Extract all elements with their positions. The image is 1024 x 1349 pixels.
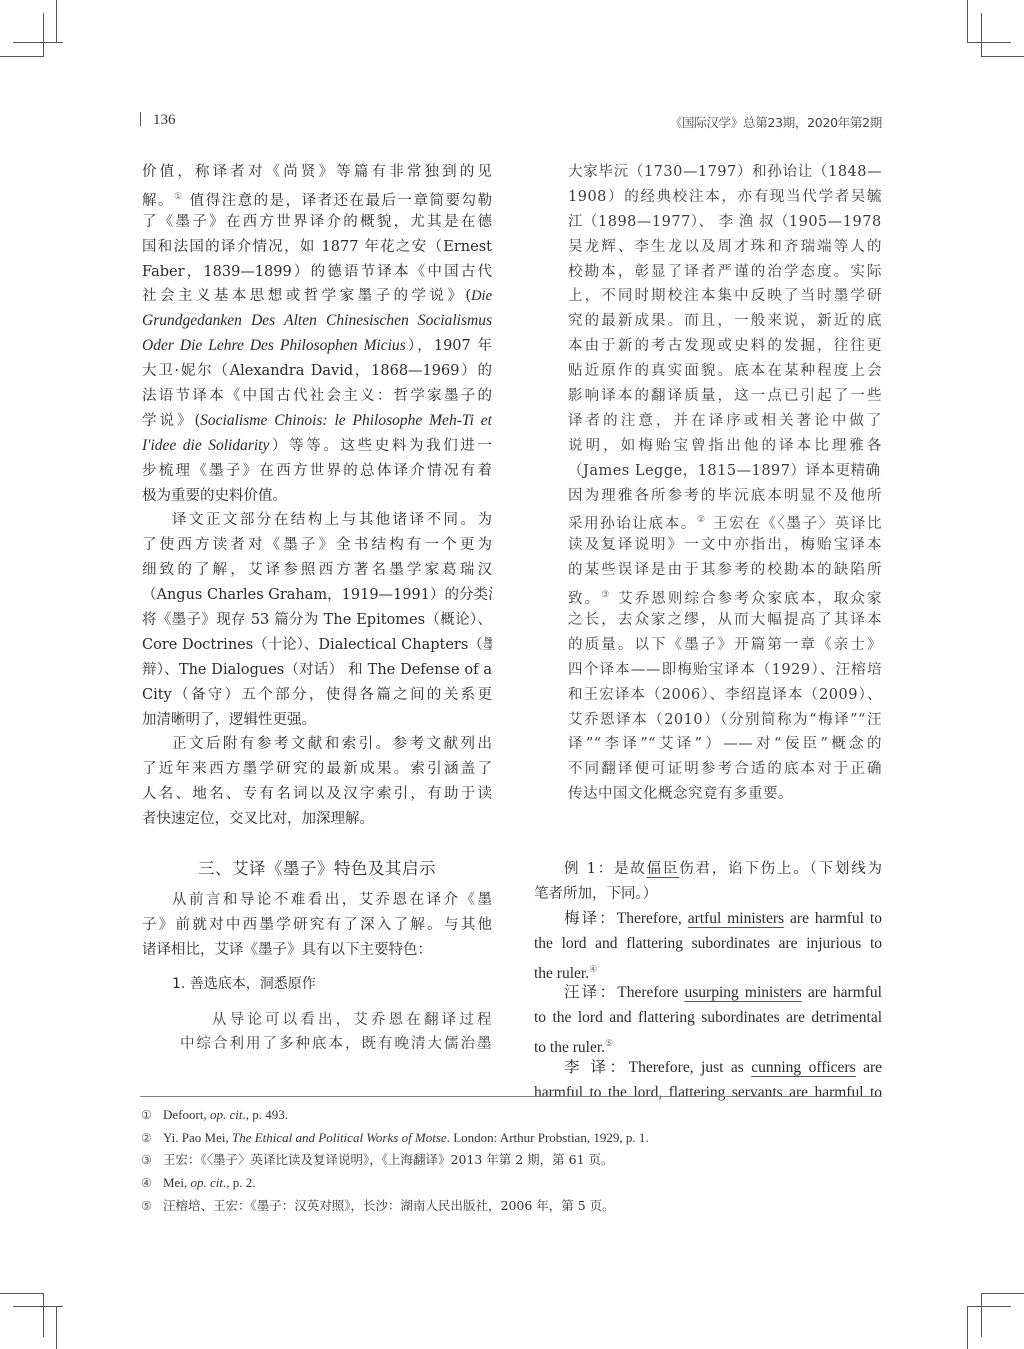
underlined-term: usurping ministers <box>685 984 802 1001</box>
translation-mei: 梅译：Therefore, artful ministers are harmf… <box>534 907 882 932</box>
translation-line: to the ruler.⑤ <box>534 1031 882 1056</box>
block-quote-line: 究的最新成果。而且，一般来说，新近的底 <box>568 309 882 334</box>
block-quote-line: 上，不同时期校注本集中反映了当时墨学研 <box>568 284 882 309</box>
block-quote-line: 和王宏译本（2006）、李绍崑译本（2009）、 <box>568 683 882 708</box>
footnote-5: ⑤汪榕培、王宏：《墨子：汉英对照》，长沙：湖南人民出版社，2006 年，第 5 … <box>141 1195 883 1218</box>
block-quote-line: 本由于新的考古发现或史料的发掘，往往更 <box>568 334 882 359</box>
block-quote-line: 读及复译说明》一文中亦指出，梅贻宝译本 <box>568 533 882 558</box>
footnote-2: ②Yi. Pao Mei, The Ethical and Political … <box>141 1127 883 1150</box>
footnote-divider <box>140 1096 882 1097</box>
footnote-1: ①Defoort, op. cit., p. 493. <box>141 1104 883 1127</box>
text-line: 解。① 值得注意的是，译者还在最后一章简要勾勒 <box>142 185 492 210</box>
text-line: 子》前就对中西墨学研究有了深入了解。与其他 <box>142 913 492 938</box>
block-quote-line: 的某些误译是由于其参考的校勘本的缺陷所 <box>568 558 882 583</box>
footnote-ref-4[interactable]: ④ <box>589 964 597 974</box>
block-quote-line: 从导论可以看出，艾乔恩在翻译过程 <box>142 1008 492 1033</box>
block-quote-line: 中综合利用了多种底本，既有晚清大儒治墨 <box>142 1032 492 1057</box>
text-line: Oder Die Lehre Des Philosophen Micius），1… <box>142 334 492 359</box>
text-line: 加清晰明了，逻辑性更强。 <box>142 708 492 733</box>
block-quote-line: 不同翻译便可证明参考合适的底本对于正确 <box>568 757 882 782</box>
text-line: 细致的了解，艾译参照西方著名墨学家葛瑞汉 <box>142 558 492 583</box>
section-heading: 三、艾译《墨子》特色及其启示 <box>142 855 492 879</box>
block-quote-line: 贴近原作的真实面貌。底本在某种程度上会 <box>568 359 882 384</box>
translation-line: the ruler.④ <box>534 957 882 982</box>
text-line: Grundgedanken Des Alten Chinesischen Soc… <box>142 309 492 334</box>
text-line: 了《墨子》在西方世界译介的概貌，尤其是在德 <box>142 210 492 235</box>
example-block: 例 1：是故偪臣伤君，谄下伤上。（下划线为 笔者所加，下同。） 梅译：There… <box>534 857 882 1106</box>
block-quote-line: 四个译本——即梅贻宝译本（1929）、汪榕培 <box>568 658 882 683</box>
text-line: 大卫·妮尔（Alexandra David，1868—1969）的 <box>142 359 492 384</box>
text-line: 将《墨子》现存 53 篇分为 The Epitomes（概论）、 <box>142 608 492 633</box>
text-line: 社会主义基本思想或哲学家墨子的学说》(Die <box>142 284 492 309</box>
section-intro: 从前言和导论不难看出，艾乔恩在译介《墨 子》前就对中西墨学研究有了深入了解。与其… <box>142 888 492 1057</box>
footnote-3: ③王宏：《〈墨子〉英译比读及复译说明》，《上海翻译》2013 年第 2 期，第 … <box>141 1149 883 1172</box>
text-line: 者快速定位，交叉比对，加深理解。 <box>142 807 492 832</box>
text-line: 了近年来西方墨学研究的最新成果。索引涵盖了 <box>142 757 492 782</box>
text-line: 价值，称译者对《尚贤》等篇有非常独到的见 <box>142 160 492 185</box>
translation-line: the lord and flattering subordinates are… <box>534 932 882 957</box>
block-quote-line: 1908）的经典校注本，亦有现当代学者吴毓 <box>568 185 882 210</box>
footnote-ref-2[interactable]: ② <box>697 515 707 525</box>
text-line: 了使西方读者对《墨子》全书结构有一个更为 <box>142 533 492 558</box>
header-rule <box>140 112 141 126</box>
text-line: （Angus Charles Graham，1919—1991）的分类法， <box>142 583 492 608</box>
text-line: 辩）、The Dialogues（对话） 和 The Defense of a <box>142 658 492 683</box>
right-column-quote: 大家毕沅（1730—1797）和孙诒让（1848— 1908）的经典校注本，亦有… <box>568 160 882 807</box>
example-line: 笔者所加，下同。） <box>534 882 882 907</box>
footnote-ref-5[interactable]: ⑤ <box>605 1038 613 1048</box>
block-quote-line: 译者的注意，并在译序或相关著论中做了 <box>568 409 882 434</box>
footnote-4: ④Mei, op. cit., p. 2. <box>141 1172 883 1195</box>
block-quote-line: 江（1898—1977）、 李 渔 叔（1905—1978）、 <box>568 210 882 235</box>
block-quote-line: 大家毕沅（1730—1797）和孙诒让（1848— <box>568 160 882 185</box>
text-line: 步梳理《墨子》在西方世界的总体译介情况有着 <box>142 459 492 484</box>
text-line: Faber，1839—1899）的德语节译本《中国古代 <box>142 260 492 285</box>
translation-line: to the lord and flattering subordinates … <box>534 1006 882 1031</box>
block-quote-line: 因为理雅各所参考的毕沅底本明显不及他所 <box>568 484 882 509</box>
translation-wang: 汪译：Therefore usurping ministers are harm… <box>534 981 882 1006</box>
translation-li: 李 译：Therefore, just as cunning officers … <box>534 1056 882 1081</box>
text-line: I'idee die Solidarity）等等。这些史料为我们进一 <box>142 434 492 459</box>
block-quote-line: 采用孙诒让底本。② 王宏在《〈墨子〉英译比 <box>568 508 882 533</box>
translation-line: harmful to the lord, flattering servants… <box>534 1081 882 1106</box>
underlined-term: cunning officers <box>751 1059 855 1076</box>
block-quote-line: 说明，如梅贻宝曾指出他的译本比理雅各 <box>568 434 882 459</box>
block-quote-line: 吴龙辉、李生龙以及周才珠和齐瑞端等人的 <box>568 235 882 260</box>
block-quote-line: 校勘本，彰显了译者严谨的治学态度。实际 <box>568 260 882 285</box>
text-line: 诸译相比，艾译《墨子》具有以下主要特色： <box>142 938 492 963</box>
underlined-term: 偪臣 <box>647 861 680 877</box>
underlined-term: artful ministers <box>688 910 784 927</box>
text-line: 人名、地名、专有名词以及汉字索引，有助于读 <box>142 782 492 807</box>
text-line: 学说》(Socialisme Chinois: le Philosophe Me… <box>142 409 492 434</box>
subheading: 1. 善选底本，洞悉原作 <box>142 972 492 997</box>
footnote-ref-3[interactable]: ③ <box>601 590 611 600</box>
page-number: 136 <box>140 112 176 129</box>
text-line: 极为重要的史料价值。 <box>142 484 492 509</box>
block-quote-line: 传达中国文化概念究竟有多重要。 <box>568 782 882 807</box>
text-line: Core Doctrines（十论）、Dialectical Chapters（… <box>142 633 492 658</box>
footnotes: ①Defoort, op. cit., p. 493. ②Yi. Pao Mei… <box>141 1104 883 1218</box>
text-line: City（备守）五个部分，使得各篇之间的关系更 <box>142 683 492 708</box>
block-quote-line: （James Legge，1815—1897）译本更精确， <box>568 459 882 484</box>
text-line: 从前言和导论不难看出，艾乔恩在译介《墨 <box>142 888 492 913</box>
left-column: 价值，称译者对《尚贤》等篇有非常独到的见 解。① 值得注意的是，译者还在最后一章… <box>142 160 492 832</box>
block-quote-line: 致。③ 艾乔恩则综合参考众家底本，取众家 <box>568 583 882 608</box>
block-quote-line: 艾乔恩译本（2010）（分别简称为“梅译”“汪 <box>568 708 882 733</box>
block-quote-line: 之长，去众家之缪，从而大幅提高了其译本 <box>568 608 882 633</box>
text-line: 国和法国的译介情况，如 1877 年花之安（Ernest <box>142 235 492 260</box>
block-quote-line: 的质量。以下《墨子》开篇第一章《亲士》 <box>568 633 882 658</box>
journal-title: 《国际汉学》总第23期，2020年第2期 <box>670 113 882 131</box>
block-quote-line: 影响译本的翻译质量，这一点已引起了一些 <box>568 384 882 409</box>
text-line: 正文后附有参考文献和索引。参考文献列出 <box>142 732 492 757</box>
block-quote-line: 译”“李译”“艾译”）——对“佞臣”概念的 <box>568 732 882 757</box>
example-line: 例 1：是故偪臣伤君，谄下伤上。（下划线为 <box>534 857 882 882</box>
text-line: 译文正文部分在结构上与其他诸译不同。为 <box>142 508 492 533</box>
text-line: 法语节译本《中国古代社会主义：哲学家墨子的 <box>142 384 492 409</box>
running-header: 136 《国际汉学》总第23期，2020年第2期 <box>140 112 882 134</box>
footnote-ref-1[interactable]: ① <box>174 192 184 202</box>
